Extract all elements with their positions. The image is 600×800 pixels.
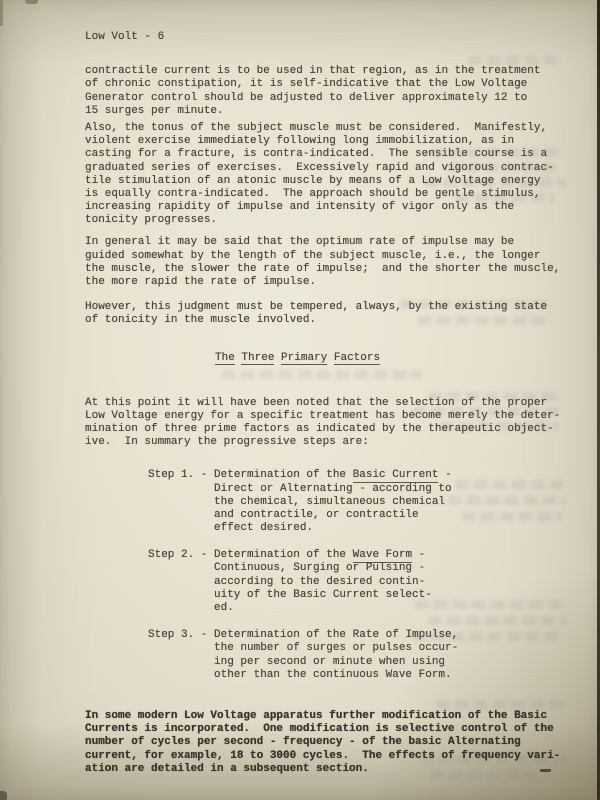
- step-line: according to the desired contin-: [214, 576, 584, 589]
- paragraph: However, this judgment must be tempered,…: [85, 301, 584, 327]
- step-line: ing per second or minute when using: [214, 656, 584, 669]
- step-line: effect desired.: [214, 522, 584, 535]
- paragraph: contractile current is to be used in tha…: [85, 65, 584, 118]
- underlined-phrase: Basic Current: [353, 469, 439, 483]
- paragraph: In general it may be said that the optim…: [85, 236, 584, 289]
- paper-blemish: [25, 0, 38, 4]
- step-line: Continuous, Surging or Pulsing -: [214, 562, 584, 575]
- paragraph-line: At this point it will have been noted th…: [85, 397, 584, 410]
- page-header: Low Volt - 6: [85, 31, 584, 44]
- step-line: other than the continuous Wave Form.: [214, 669, 584, 682]
- paragraph-line: casting for a fracture, is contra-indica…: [85, 148, 584, 161]
- step-line: Step 1. - Determination of the Basic Cur…: [214, 469, 584, 482]
- document-body: contractile current is to be used in tha…: [85, 65, 584, 776]
- photo-edge-shadow: [0, 0, 3, 26]
- step-line: ed.: [214, 602, 584, 615]
- paragraph-line: graduated series of exercises. Excessive…: [85, 162, 584, 175]
- step-line: the chemical, simultaneous chemical: [214, 496, 584, 509]
- step-line: uity of the Basic Current select-: [214, 589, 584, 602]
- heading-word: Primary: [281, 352, 327, 366]
- text-segment: -: [412, 549, 425, 561]
- paragraph-line: contractile current is to be used in tha…: [85, 65, 584, 78]
- paragraph: Also, the tonus of the subject muscle mu…: [85, 122, 584, 228]
- paragraph-line: mination of three prime factors as indic…: [85, 423, 584, 436]
- step-item: Step 2. - Determination of the Wave Form…: [148, 549, 584, 615]
- paragraph-line: tonicity progresses.: [85, 214, 584, 227]
- paragraph-line: tile stimulation of an atonic muscle by …: [85, 175, 584, 188]
- paragraph-line: the muscle, the slower the rate of impul…: [85, 263, 584, 276]
- step-line: the number of surges or pulses occur-: [214, 642, 584, 655]
- paragraph-line: current, for example, 18 to 3000 cycles.…: [85, 750, 584, 763]
- section-heading: The Three Primary Factors: [215, 352, 584, 366]
- paragraph-line: However, this judgment must be tempered,…: [85, 301, 584, 314]
- underlined-phrase: Wave Form: [353, 549, 412, 563]
- steps-list: Step 1. - Determination of the Basic Cur…: [148, 469, 584, 682]
- step-line: and contractile, or contractile: [214, 509, 584, 522]
- paragraph-line: guided somewhat by the length of the sub…: [85, 250, 584, 263]
- step-item: Step 3. - Determination of the Rate of I…: [148, 629, 584, 682]
- paragraph-line: In general it may be said that the optim…: [85, 236, 584, 249]
- heading-word: The: [215, 352, 235, 366]
- step-label: Step 3. -: [148, 629, 214, 641]
- text-segment: Determination of the Rate of Impulse,: [214, 629, 458, 641]
- paragraph-line: ive. In summary the progressive steps ar…: [85, 436, 584, 449]
- step-label: Step 1. -: [148, 469, 214, 481]
- paragraph-line: of tonicity in the muscle involved.: [85, 314, 584, 327]
- paragraph-line: of chronic constipation, it is self-indi…: [85, 78, 584, 91]
- step-line: Direct or Alternating - according to: [214, 483, 584, 496]
- step-line: Step 2. - Determination of the Wave Form…: [214, 549, 584, 562]
- text-segment: Determination of the: [214, 549, 353, 561]
- paragraph-line: In some modern Low Voltage apparatus fur…: [85, 710, 584, 723]
- paragraph-line: Generator control should be adjusted to …: [85, 92, 584, 105]
- step-line: Step 3. - Determination of the Rate of I…: [214, 629, 584, 642]
- paragraph-line: 15 surges per minute.: [85, 105, 584, 118]
- paragraph-line: Currents is incorporated. One modificati…: [85, 723, 584, 736]
- heading-word: Three: [241, 352, 274, 366]
- paragraph-line: increasing rapidity of impulse and inten…: [85, 201, 584, 214]
- paragraph-line: ation are detailed in a subsequent secti…: [85, 763, 584, 776]
- paper-blemish: [0, 791, 7, 800]
- paragraph-line: violent exercise immediately following l…: [85, 135, 584, 148]
- paragraph-line: the more rapid the rate of impulse.: [85, 276, 584, 289]
- step-item: Step 1. - Determination of the Basic Cur…: [148, 469, 584, 535]
- text-segment: Determination of the: [214, 469, 353, 481]
- typed-page-content: Low Volt - 6 contractile current is to b…: [0, 0, 600, 800]
- heading-word: Factors: [334, 352, 380, 366]
- paragraph: At this point it will have been noted th…: [85, 397, 584, 450]
- paragraph-line: Low Voltage energy for a specific treatm…: [85, 410, 584, 423]
- paragraph: In some modern Low Voltage apparatus fur…: [85, 710, 584, 776]
- paragraph-line: is equally contra-indicated. The approac…: [85, 188, 584, 201]
- photographed-page: Low Volt - 6 contractile current is to b…: [0, 0, 600, 800]
- paper-blemish: [540, 769, 551, 772]
- step-label: Step 2. -: [148, 549, 214, 561]
- paragraph-line: Also, the tonus of the subject muscle mu…: [85, 122, 584, 135]
- text-segment: -: [438, 469, 451, 481]
- paragraph-line: number of cycles per second - frequency …: [85, 736, 584, 749]
